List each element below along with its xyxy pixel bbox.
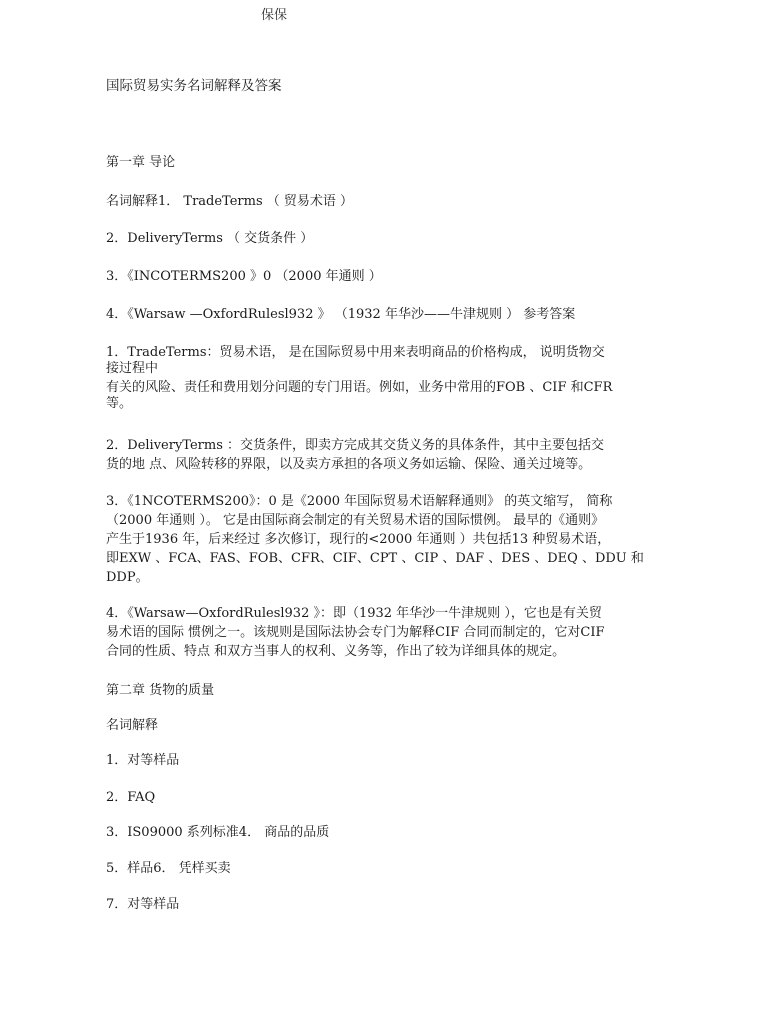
chapter-2-subheading: 名词解释	[106, 716, 158, 735]
document-page: 保保 国际贸易实务名词解释及答案 第一章 导论 名词解释1． TradeTerm…	[0, 0, 768, 1024]
answer-1-paragraph: 1．TradeTerms：贸易术语， 是在国际贸易中用来表明商品的价格构成， 说…	[106, 343, 654, 413]
chapter-1-heading: 第一章 导论	[106, 153, 175, 172]
answer-2-line-1: 2．DeliveryTerms ：交货条件，即卖方完成其交货义务的具体条件，其中…	[106, 436, 654, 455]
chapter-2-term-4: 5．样品6． 凭样买卖	[106, 859, 231, 878]
answer-3-line-2: （2000 年通则 ）。 它是由国际商会制定的有关贸易术语的国际惯例。 最早的《…	[106, 511, 654, 530]
chapter-2-term-2: 2．FAQ	[106, 788, 155, 807]
answer-1-line-3: 有关的风险、责任和费用划分问题的专门用语。例如，业务中常用的FOB 、CIF 和…	[106, 378, 654, 397]
answer-3-line-5: DDP。	[106, 568, 654, 587]
chapter-2-term-3: 3．IS09000 系列标准4． 商品的品质	[106, 823, 329, 842]
answer-2-line-2: 货的地 点、风险转移的界限，以及卖方承担的各项义务如运输、保险、通关过境等。	[106, 455, 654, 474]
answer-4-line-3: 合同的性质、特点 和双方当事人的权利、义务等，作出了较为详细具体的规定。	[106, 642, 654, 661]
chapter-1-term-2: 2．DeliveryTerms （ 交货条件 ）	[106, 229, 313, 248]
chapter-2-term-1: 1．对等样品	[106, 751, 179, 770]
chapter-2-term-5: 7．对等样品	[106, 895, 179, 914]
chapter-2-heading: 第二章 货物的质量	[106, 681, 214, 700]
answer-2-paragraph: 2．DeliveryTerms ：交货条件，即卖方完成其交货义务的具体条件，其中…	[106, 436, 654, 474]
document-title: 国际贸易实务名词解释及答案	[106, 77, 282, 96]
chapter-1-term-1: 名词解释1． TradeTerms （ 贸易术语 ）	[106, 192, 353, 211]
chapter-1-term-4: 4．《Warsaw —OxfordRulesl932 》 （1932 年华沙——…	[106, 305, 575, 324]
chapter-1-term-3: 3．《INCOTERMS200 》0 （2000 年通则 ）	[106, 267, 382, 286]
answer-3-paragraph: 3．《1NCOTERMS200》：0 是《2000 年国际贸易术语解释通则》 的…	[106, 492, 654, 587]
answer-4-paragraph: 4．《Warsaw—OxfordRulesl932 》：即（1932 年华沙一牛…	[106, 604, 654, 661]
answer-3-line-3: 产生于1936 年，后来经过 多次修订，现行的<2000 年通则 ）共包括13 …	[106, 530, 654, 549]
page-header: 保保	[261, 4, 287, 23]
answer-3-line-1: 3．《1NCOTERMS200》：0 是《2000 年国际贸易术语解释通则》 的…	[106, 492, 654, 511]
answer-3-line-4: 即EXW 、FCA、FAS、FOB、CFR、CIF、CPT 、CIP 、DAF …	[106, 549, 654, 568]
answer-4-line-2: 易术语的国际 惯例之一。该规则是国际法协会专门为解释CIF 合同而制定的，它对C…	[106, 623, 654, 642]
answer-1-line-1: 1．TradeTerms：贸易术语， 是在国际贸易中用来表明商品的价格构成， 说…	[106, 343, 654, 362]
answer-4-line-1: 4．《Warsaw—OxfordRulesl932 》：即（1932 年华沙一牛…	[106, 604, 654, 623]
